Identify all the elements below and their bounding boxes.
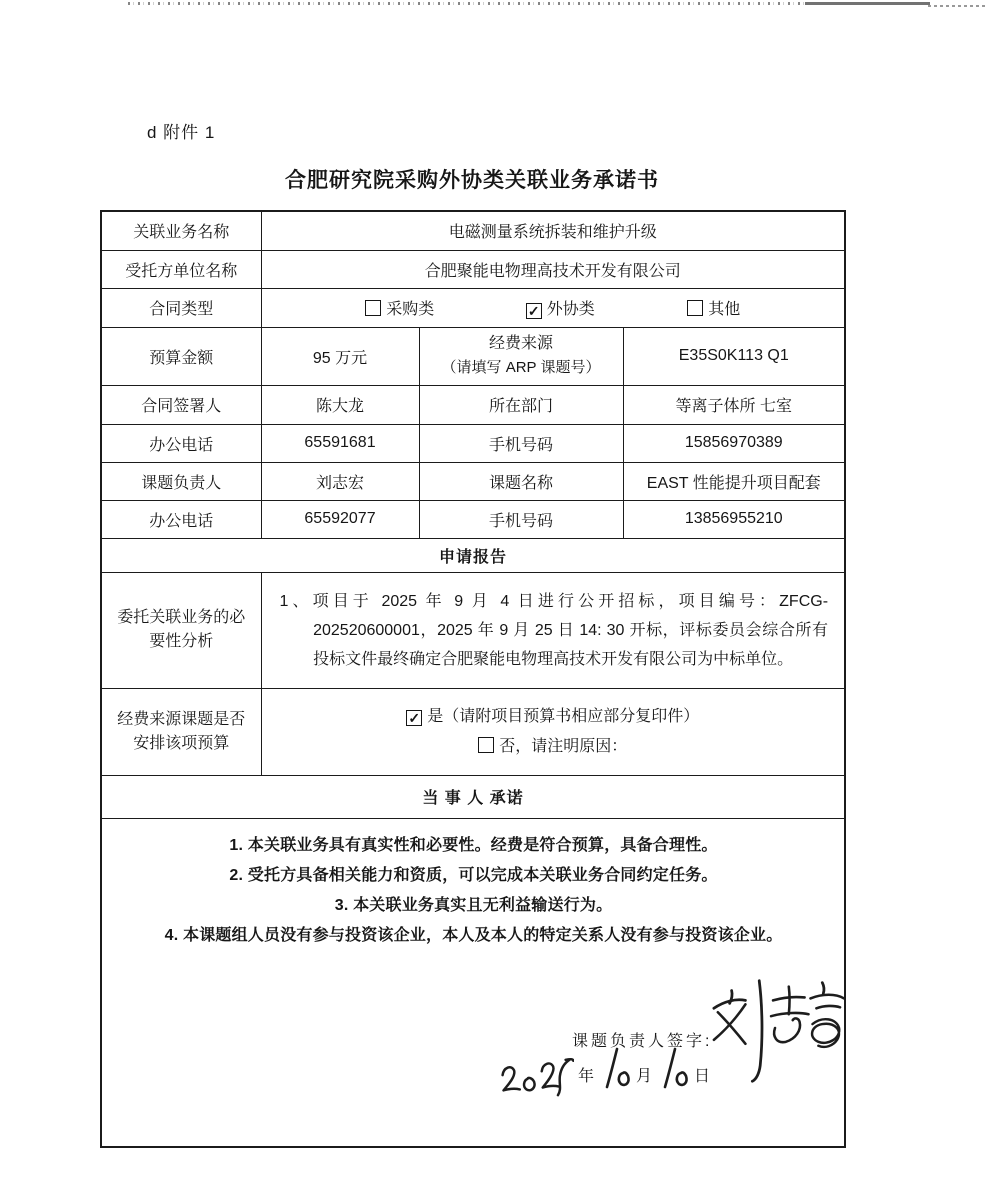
scan-noise-artifact	[928, 5, 986, 7]
necessity-analysis-cell: 1、项目于 2025 年 9 月 4 日进行公开招标，项目编号：ZFCG-202…	[261, 572, 845, 688]
handwritten-year	[498, 1056, 574, 1098]
commitment-list: 1. 本关联业务具有真实性和必要性。经费是符合预算，具备合理性。 2. 受托方具…	[108, 821, 838, 951]
checkbox-unchecked-icon	[478, 737, 494, 753]
field-label-budget-arranged: 经费来源课题是否 安排该项预算	[101, 688, 261, 775]
document-title: 合肥研究院采购外协类关联业务承诺书	[100, 164, 844, 194]
field-value-project-leader: 刘志宏	[261, 462, 419, 500]
field-value-office-phone-2: 65592077	[261, 500, 419, 538]
option-label: 外协类	[547, 301, 595, 318]
checkbox-checked-icon: ✓	[526, 303, 542, 319]
table-row: 合同签署人 陈大龙 所在部门 等离子体所 七室	[101, 385, 845, 424]
field-label-department: 所在部门	[419, 385, 623, 424]
contract-type-option-outsourcing: ✓外协类	[526, 296, 595, 319]
commitment-and-signature-cell: 1. 本关联业务具有真实性和必要性。经费是符合预算，具备合理性。 2. 受托方具…	[101, 818, 845, 1147]
year-label: 年	[578, 1063, 594, 1086]
commitment-item: 1. 本关联业务具有真实性和必要性。经费是符合预算，具备合理性。	[121, 831, 826, 861]
budget-arranged-options: ✓是（请附项目预算书相应部分复印件） 否，请注明原因：	[261, 688, 845, 775]
handwritten-day	[660, 1047, 690, 1089]
contract-type-option-other: 其他	[687, 296, 740, 319]
signature-label: 课题负责人签字:	[572, 1028, 712, 1051]
field-label-budget: 预算金额	[101, 327, 261, 385]
field-label-necessity: 委托关联业务的必 要性分析	[101, 572, 261, 688]
budget-arranged-no-option: 否，请注明原因：	[268, 732, 839, 762]
checkbox-unchecked-icon	[365, 300, 381, 316]
handwritten-date: 年 月 日	[498, 1049, 710, 1098]
section-header-party-commitment: 当 事 人 承诺	[101, 775, 845, 818]
option-label: 否，请注明原因：	[499, 738, 627, 755]
necessity-analysis-text: 1、项目于 2025 年 9 月 4 日进行公开招标，项目编号：ZFCG-202…	[268, 583, 839, 678]
option-label: 采购类	[386, 301, 434, 318]
day-label: 日	[694, 1063, 710, 1086]
field-value-trustee-unit: 合肥聚能电物理高技术开发有限公司	[261, 250, 845, 288]
table-row: 办公电话 65591681 手机号码 15856970389	[101, 424, 845, 462]
budget-arranged-label-line2: 安排该项预算	[108, 732, 255, 756]
field-value-funding-source: E35S0K113 Q1	[623, 327, 845, 385]
table-row: 办公电话 65592077 手机号码 13856955210	[101, 500, 845, 538]
commitment-form-table: 关联业务名称 电磁测量系统拆装和维护升级 受托方单位名称 合肥聚能电物理高技术开…	[100, 210, 846, 1148]
funding-source-label-line1: 经费来源	[426, 332, 617, 356]
commitment-item: 3. 本关联业务真实且无利益输送行为。	[121, 891, 826, 921]
contract-type-option-purchase: 采购类	[365, 296, 434, 319]
field-label-project-leader: 课题负责人	[101, 462, 261, 500]
field-value-project-name: EAST 性能提升项目配套	[623, 462, 845, 500]
commitment-item: 2. 受托方具备相关能力和资质，可以完成本关联业务合同约定任务。	[121, 861, 826, 891]
field-label-funding-source: 经费来源 （请填写 ARP 课题号）	[419, 327, 623, 385]
option-label: 是（请附项目预算书相应部分复印件）	[427, 708, 699, 725]
field-value-mobile-phone-1: 15856970389	[623, 424, 845, 462]
field-label-mobile-phone-2: 手机号码	[419, 500, 623, 538]
table-row: 申请报告	[101, 538, 845, 572]
table-row: 关联业务名称 电磁测量系统拆装和维护升级	[101, 211, 845, 250]
field-value-contract-signer: 陈大龙	[261, 385, 419, 424]
checkbox-unchecked-icon	[687, 300, 703, 316]
attachment-label: d 附件 1	[147, 118, 215, 143]
budget-arranged-label-line1: 经费来源课题是否	[108, 708, 255, 732]
scanned-document-page: d 附件 1 合肥研究院采购外协类关联业务承诺书 关联业务名称 电磁测量系统拆装…	[0, 0, 988, 1201]
budget-arranged-yes-option: ✓是（请附项目预算书相应部分复印件）	[268, 702, 839, 732]
field-value-department: 等离子体所 七室	[623, 385, 845, 424]
scan-noise-artifact	[805, 2, 930, 5]
field-value-mobile-phone-2: 13856955210	[623, 500, 845, 538]
handwritten-signature	[706, 973, 844, 1085]
necessity-label-line2: 要性分析	[108, 630, 255, 654]
field-label-business-name: 关联业务名称	[101, 211, 261, 250]
section-header-application-report: 申请报告	[101, 538, 845, 572]
field-value-business-name: 电磁测量系统拆装和维护升级	[261, 211, 845, 250]
table-row: 经费来源课题是否 安排该项预算 ✓是（请附项目预算书相应部分复印件） 否，请注明…	[101, 688, 845, 775]
table-row: 委托关联业务的必 要性分析 1、项目于 2025 年 9 月 4 日进行公开招标…	[101, 572, 845, 688]
field-label-office-phone-2: 办公电话	[101, 500, 261, 538]
commitment-item: 4. 本课题组人员没有参与投资该企业，本人及本人的特定关系人没有参与投资该企业。	[121, 921, 826, 951]
table-row: 当 事 人 承诺	[101, 775, 845, 818]
field-label-trustee-unit: 受托方单位名称	[101, 250, 261, 288]
funding-source-label-line2: （请填写 ARP 课题号）	[426, 356, 617, 380]
handwritten-month	[602, 1047, 632, 1089]
field-label-contract-type: 合同类型	[101, 288, 261, 327]
field-label-mobile-phone-1: 手机号码	[419, 424, 623, 462]
table-row: 1. 本关联业务具有真实性和必要性。经费是符合预算，具备合理性。 2. 受托方具…	[101, 818, 845, 1147]
table-row: 合同类型 采购类 ✓外协类 其他	[101, 288, 845, 327]
field-label-office-phone-1: 办公电话	[101, 424, 261, 462]
checkbox-checked-icon: ✓	[406, 710, 422, 726]
contract-type-options: 采购类 ✓外协类 其他	[261, 288, 845, 327]
field-value-budget: 95 万元	[261, 327, 419, 385]
table-row: 预算金额 95 万元 经费来源 （请填写 ARP 课题号） E35S0K113 …	[101, 327, 845, 385]
month-label: 月	[636, 1063, 652, 1086]
table-row: 受托方单位名称 合肥聚能电物理高技术开发有限公司	[101, 250, 845, 288]
necessity-label-line1: 委托关联业务的必	[108, 606, 255, 630]
option-label: 其他	[708, 301, 740, 318]
field-value-office-phone-1: 65591681	[261, 424, 419, 462]
field-label-contract-signer: 合同签署人	[101, 385, 261, 424]
table-row: 课题负责人 刘志宏 课题名称 EAST 性能提升项目配套	[101, 462, 845, 500]
field-label-project-name: 课题名称	[419, 462, 623, 500]
scan-noise-artifact	[128, 2, 808, 5]
